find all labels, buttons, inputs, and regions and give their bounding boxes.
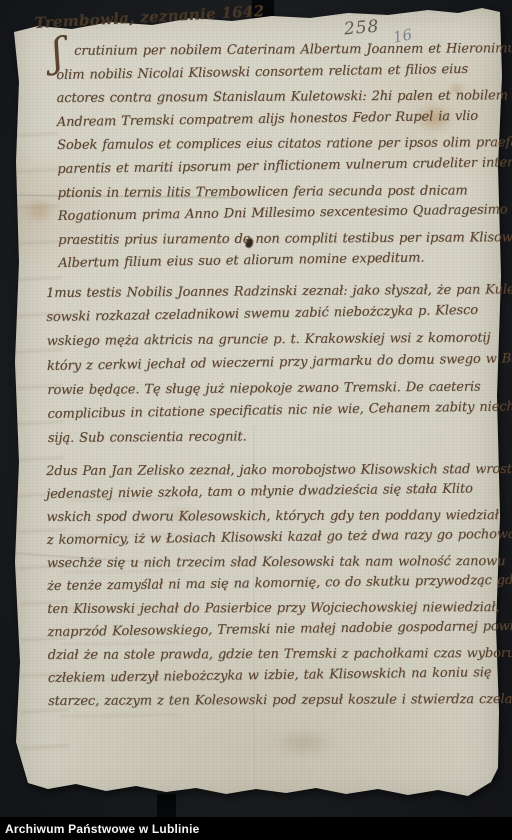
archive-caption-bar: Archiwum Państwowe w Lublinie <box>0 817 512 840</box>
archive-caption: Archiwum Państwowe w Lublinie <box>0 822 200 836</box>
manuscript-line: starzec, zaczym z ten Kolesowski pod zep… <box>48 692 512 717</box>
manuscript-paragraph-3: 2dus Pan Jan Zelisko zeznał, jako morobo… <box>46 460 512 717</box>
folio-number: 258 <box>343 16 380 39</box>
manuscript-text-layer: Trembowla, zeznanie 1642 258 16 ʃ crutin… <box>0 0 512 840</box>
manuscript-paragraph-2: 1mus testis Nobilis Joannes Radzinski ze… <box>46 280 512 455</box>
manuscript-line: siją. Sub conscientia recognit. <box>48 427 512 455</box>
manuscript-heading: Trembowla, zeznanie 1642 <box>34 2 265 32</box>
manuscript-paragraph-1: crutinium per nobilem Caterinam Albertum… <box>56 39 512 280</box>
scan-background: Trembowla, zeznanie 1642 258 16 ʃ crutin… <box>0 0 512 840</box>
